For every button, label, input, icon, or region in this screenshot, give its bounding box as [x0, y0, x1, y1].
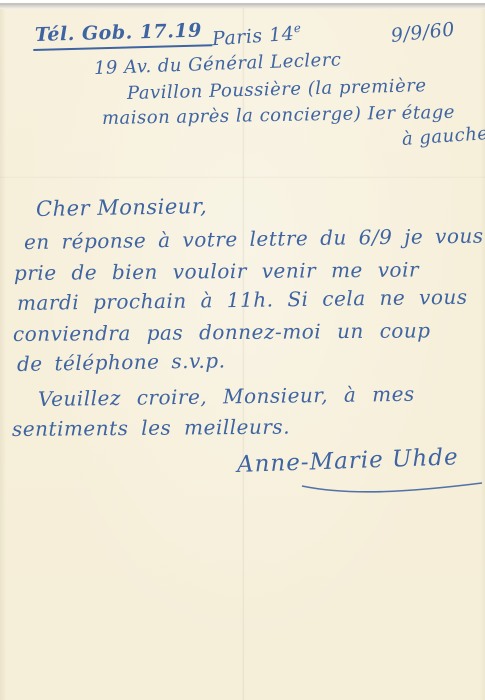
body-line-2: prie de bien vouloir venir me voir [14, 257, 419, 285]
body-line-4: conviendra pas donnez-moi un coup [13, 318, 431, 346]
closing-line-2: sentiments les meilleurs. [12, 415, 290, 441]
salutation: Cher Monsieur, [36, 194, 208, 221]
city-suffix: e [293, 21, 301, 35]
body-line-5: de téléphone s.v.p. [17, 348, 226, 376]
telephone-line: Tél. Gob. 17.19 [33, 19, 213, 51]
horizontal-fold-crease [0, 176, 485, 179]
scanned-letter: Tél. Gob. 17.19 Paris 14e 9/9/60 19 Av. … [0, 0, 485, 700]
signature-flourish [300, 476, 485, 498]
